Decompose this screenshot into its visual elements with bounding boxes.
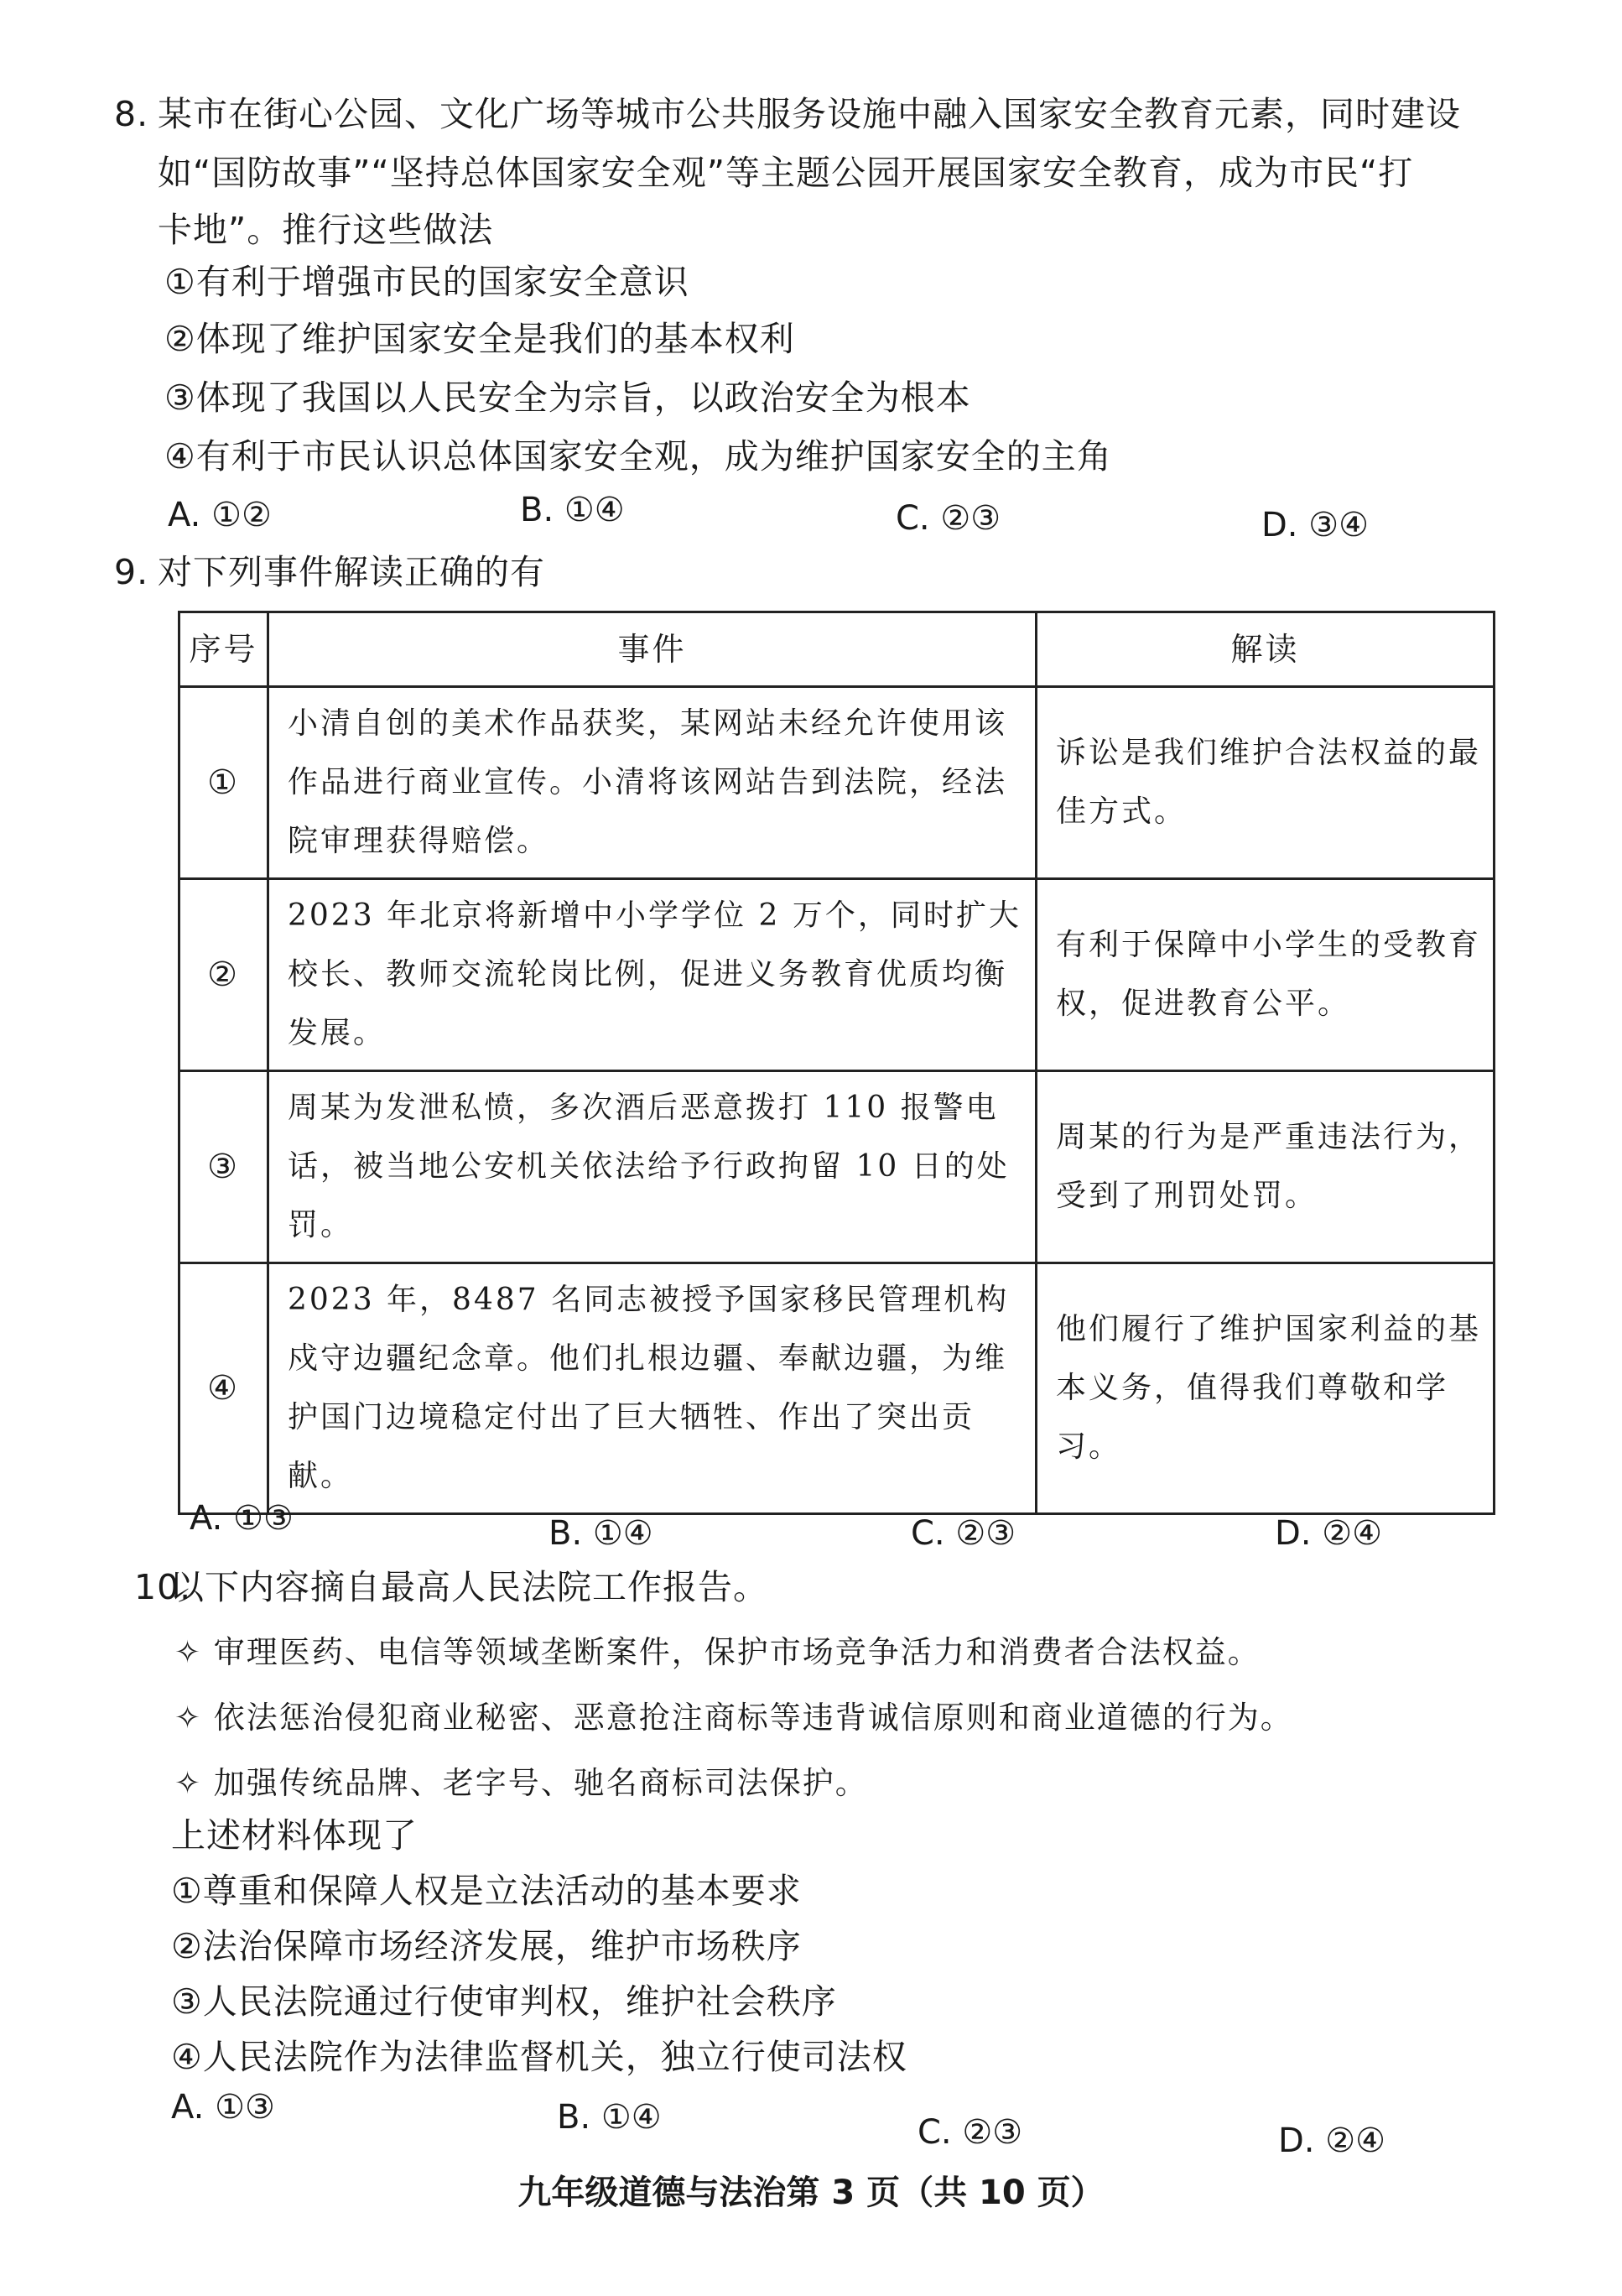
- row-interpretation: 诉讼是我们维护合法权益的最佳方式。: [1037, 687, 1495, 879]
- q8-statement-4: ④有利于市民认识总体国家安全观，成为维护国家安全的主角: [164, 433, 1112, 480]
- row-number: ④: [179, 1263, 268, 1514]
- table-row: ① 小清自创的美术作品获奖，某网站未经允许使用该作品进行商业宣传。小清将该网站告…: [179, 687, 1495, 879]
- q10-option-d[interactable]: D. ②④: [1278, 2117, 1385, 2164]
- row-interpretation: 他们履行了维护国家利益的基本义务，值得我们尊敬和学习。: [1037, 1263, 1495, 1514]
- q8-option-b[interactable]: B. ①④: [520, 487, 625, 534]
- row-event: 周某为发泄私愤，多次酒后恶意拨打 110 报警电话，被当地公安机关依法给予行政拘…: [268, 1071, 1037, 1263]
- row-number: ③: [179, 1071, 268, 1263]
- q10-option-a[interactable]: A. ①③: [171, 2084, 275, 2131]
- table-row: ② 2023 年北京将新增中小学学位 2 万个，同时扩大校长、教师交流轮岗比例，…: [179, 879, 1495, 1071]
- events-table: 序号 事件 解读 ① 小清自创的美术作品获奖，某网站未经允许使用该作品进行商业宣…: [178, 611, 1495, 1515]
- row-event: 小清自创的美术作品获奖，某网站未经允许使用该作品进行商业宣传。小清将该网站告到法…: [268, 687, 1037, 879]
- row-number: ①: [179, 687, 268, 879]
- q10-statement-2: ②法治保障市场经济发展，维护市场秩序: [171, 1923, 802, 1970]
- q10-option-c[interactable]: C. ②③: [918, 2109, 1022, 2156]
- exam-page: 8. 某市在街心公园、文化广场等城市公共服务设施中融入国家安全教育元素，同时建设…: [0, 0, 1622, 2296]
- row-event: 2023 年，8487 名同志被授予国家移民管理机构戍守边疆纪念章。他们扎根边疆…: [268, 1263, 1037, 1514]
- q8-statement-3: ③体现了我国以人民安全为宗旨，以政治安全为根本: [164, 374, 971, 421]
- q10-statement-3: ③人民法院通过行使审判权，维护社会秩序: [171, 1978, 837, 2025]
- row-number: ②: [179, 879, 268, 1071]
- table-header-row: 序号 事件 解读: [179, 612, 1495, 687]
- q8-number: 8.: [114, 91, 148, 138]
- table-row: ③ 周某为发泄私愤，多次酒后恶意拨打 110 报警电话，被当地公安机关依法给予行…: [179, 1071, 1495, 1263]
- q8-stem-line-2: 如“国防故事”“坚持总体国家安全观”等主题公园开展国家安全教育，成为市民“打: [158, 149, 1413, 196]
- q8-stem-line-1: 某市在街心公园、文化广场等城市公共服务设施中融入国家安全教育元素，同时建设: [158, 91, 1461, 138]
- q10-bullet-1: ✧ 审理医药、电信等领域垄断案件，保护市场竞争活力和消费者合法权益。: [174, 1629, 1261, 1676]
- q10-statement-1: ①尊重和保障人权是立法活动的基本要求: [171, 1867, 802, 1914]
- q9-stem: 对下列事件解读正确的有: [158, 549, 545, 596]
- q8-option-a[interactable]: A. ①②: [168, 492, 272, 539]
- q8-stem-line-3: 卡地”。推行这些做法: [158, 206, 493, 253]
- q8-statement-2: ②体现了维护国家安全是我们的基本权利: [164, 315, 795, 362]
- header-interpretation: 解读: [1037, 612, 1495, 687]
- q10-statement-4: ④人民法院作为法律监督机关，独立行使司法权: [171, 2033, 907, 2080]
- q10-bullet-3: ✧ 加强传统品牌、老字号、驰名商标司法保护。: [174, 1760, 868, 1807]
- q9-option-a[interactable]: A. ①③: [190, 1495, 294, 1542]
- q9-option-d[interactable]: D. ②④: [1275, 1510, 1382, 1557]
- q8-option-d[interactable]: D. ③④: [1261, 502, 1369, 549]
- row-interpretation: 周某的行为是严重违法行为，受到了刑罚处罚。: [1037, 1071, 1495, 1263]
- q10-lead: 上述材料体现了: [171, 1812, 418, 1859]
- q10-bullet-2: ✧ 依法惩治侵犯商业秘密、恶意抢注商标等违背诚信原则和商业道德的行为。: [174, 1695, 1293, 1742]
- q10-option-b[interactable]: B. ①④: [557, 2094, 662, 2141]
- q10-stem: 以下内容摘自最高人民法院工作报告。: [169, 1564, 768, 1611]
- q8-option-c[interactable]: C. ②③: [896, 495, 1001, 542]
- q9-option-b[interactable]: B. ①④: [548, 1510, 653, 1557]
- q9-option-c[interactable]: C. ②③: [911, 1510, 1016, 1557]
- row-interpretation: 有利于保障中小学生的受教育权，促进教育公平。: [1037, 879, 1495, 1071]
- page-footer: 九年级道德与法治第 3 页（共 10 页）: [0, 2166, 1622, 2214]
- row-event: 2023 年北京将新增中小学学位 2 万个，同时扩大校长、教师交流轮岗比例，促进…: [268, 879, 1037, 1071]
- header-event: 事件: [268, 612, 1037, 687]
- q9-number: 9.: [114, 549, 148, 596]
- header-number: 序号: [179, 612, 268, 687]
- q8-statement-1: ①有利于增强市民的国家安全意识: [164, 258, 689, 305]
- table-row: ④ 2023 年，8487 名同志被授予国家移民管理机构戍守边疆纪念章。他们扎根…: [179, 1263, 1495, 1514]
